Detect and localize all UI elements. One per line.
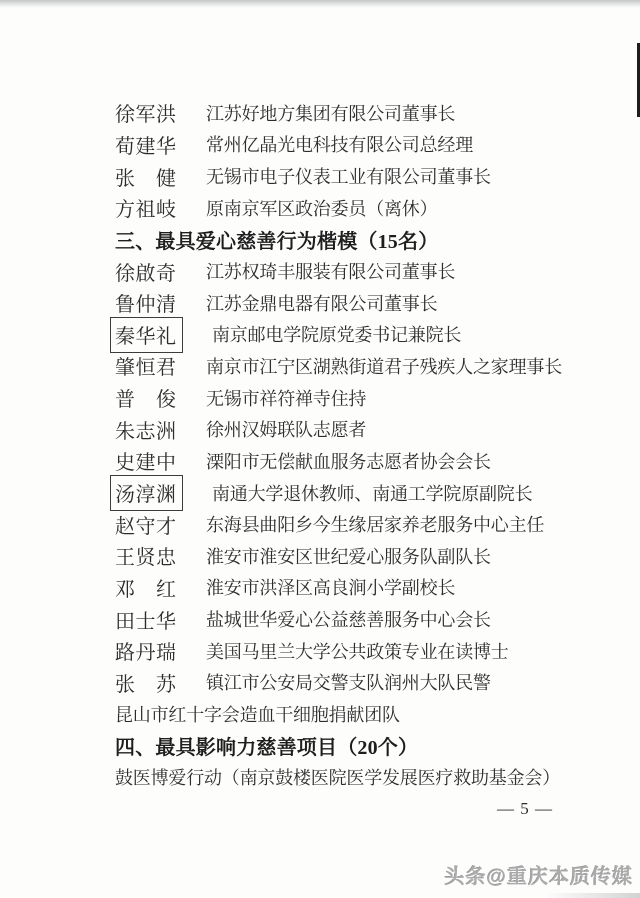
- awardee-title: 盐城世华爱心公益慈善服务中心会长: [206, 606, 491, 632]
- awardee-title: 淮安市洪泽区高良涧小学副校长: [206, 574, 455, 600]
- section-heading-row: 四、最具影响力慈善项目（20个）: [115, 730, 615, 762]
- awardee-name: 史建中: [115, 446, 177, 475]
- award-entry-row: 张 健 无锡市电子仪表工业有限公司董事长: [115, 160, 615, 192]
- full-width-entry-row: 鼓医博爱行动（南京鼓楼医院医学发展医疗救助基金会）: [115, 761, 615, 793]
- document-body: 徐军洪 江苏好地方集团有限公司董事长 荀建华 常州亿晶光电科技有限公司总经理 张…: [115, 97, 615, 825]
- scan-top-edge: [0, 0, 640, 8]
- awardee-title: 江苏金鼎电器有限公司董事长: [206, 290, 437, 316]
- awardee-name: 普 俊: [115, 383, 177, 412]
- award-entry-row: 方祖岐 原南京军区政治委员（离休）: [115, 192, 615, 224]
- awardee-name: 肇恒君: [115, 351, 177, 380]
- awardee-title: 东海县曲阳乡今生缘居家养老服务中心主任: [206, 511, 544, 537]
- award-entry-row: 普 俊 无锡市祥符禅寺住持: [115, 382, 615, 414]
- awardee-name: 邓 红: [115, 573, 177, 602]
- awardee-name: 方祖岐: [115, 193, 177, 222]
- awardee-title: 美国马里兰大学公共政策专业在读博士: [206, 638, 509, 664]
- award-entry-row: 徐军洪 江苏好地方集团有限公司董事长: [115, 97, 615, 129]
- award-entry-row: 徐啟奇 江苏权琦丰服装有限公司董事长: [115, 255, 615, 287]
- awardee-name: 汤淳渊: [110, 475, 183, 511]
- award-entry-row: 路丹瑞 美国马里兰大学公共政策专业在读博士: [115, 635, 615, 667]
- awardee-title: 无锡市祥符禅寺住持: [206, 385, 366, 411]
- award-entry-row: 张 苏 镇江市公安局交警支队润州大队民警: [115, 667, 615, 699]
- awardee-name: 田士华: [115, 605, 177, 634]
- awardee-title: 镇江市公安局交警支队润州大队民警: [206, 669, 491, 695]
- awardee-name: 秦华礼: [110, 317, 183, 353]
- awardee-title: 无锡市电子仪表工业有限公司董事长: [206, 163, 491, 189]
- awardee-title: 江苏好地方集团有限公司董事长: [206, 100, 455, 126]
- scanned-document-page: 徐军洪 江苏好地方集团有限公司董事长 荀建华 常州亿晶光电科技有限公司总经理 张…: [0, 0, 640, 898]
- awardee-name: 徐军洪: [115, 98, 177, 127]
- awardee-name: 王贤忠: [115, 541, 177, 570]
- awardee-name: 张 健: [115, 162, 177, 191]
- award-entry-row: 鲁仲清 江苏金鼎电器有限公司董事长: [115, 287, 615, 319]
- awardee-title: 南京邮电学院原党委书记兼院长: [212, 321, 461, 347]
- awardee-title: 徐州汉姆联队志愿者: [206, 416, 366, 442]
- awardee-name: 张 苏: [115, 668, 177, 697]
- award-entry-row: 秦华礼 南京邮电学院原党委书记兼院长: [115, 318, 615, 350]
- awardee-name: 徐啟奇: [115, 257, 177, 286]
- section-heading: 三、最具爱心慈善行为楷模（15名）: [115, 225, 438, 254]
- full-width-entry-row: 昆山市红十字会造血干细胞捐献团队: [115, 698, 615, 730]
- awardee-name: 鲁仲清: [115, 288, 177, 317]
- scan-corner-smudge: [545, 893, 640, 898]
- awardee-title: 溧阳市无偿献血服务志愿者协会会长: [206, 448, 491, 474]
- award-list: 徐军洪 江苏好地方集团有限公司董事长 荀建华 常州亿晶光电科技有限公司总经理 张…: [115, 97, 615, 793]
- awardee-name: 赵守才: [115, 510, 177, 539]
- awardee-title: 原南京军区政治委员（离休）: [206, 195, 437, 221]
- watermark-text: 头条@重庆本质传媒: [444, 860, 633, 889]
- awardee-title: 南京市江宁区湖熟街道君子残疾人之家理事长: [206, 353, 562, 379]
- awardee-name: 路丹瑞: [115, 636, 177, 665]
- award-entry-row: 荀建华 常州亿晶光电科技有限公司总经理: [115, 129, 615, 161]
- entry-text: 昆山市红十字会造血干细胞捐献团队: [115, 701, 400, 727]
- section-heading-row: 三、最具爱心慈善行为楷模（15名）: [115, 224, 615, 256]
- award-entry-row: 史建中 溧阳市无偿献血服务志愿者协会会长: [115, 445, 615, 477]
- award-entry-row: 王贤忠 淮安市淮安区世纪爱心服务队副队长: [115, 540, 615, 572]
- award-entry-row: 汤淳渊 南通大学退休教师、南通工学院原副院长: [115, 477, 615, 509]
- awardee-name: 荀建华: [115, 130, 177, 159]
- award-entry-row: 邓 红 淮安市洪泽区高良涧小学副校长: [115, 572, 615, 604]
- award-entry-row: 赵守才 东海县曲阳乡今生缘居家养老服务中心主任: [115, 508, 615, 540]
- awardee-title: 淮安市淮安区世纪爱心服务队副队长: [206, 543, 491, 569]
- awardee-title: 南通大学退休教师、南通工学院原副院长: [212, 480, 532, 506]
- awardee-title: 常州亿晶光电科技有限公司总经理: [206, 131, 473, 157]
- award-entry-row: 肇恒君 南京市江宁区湖熟街道君子残疾人之家理事长: [115, 350, 615, 382]
- entry-text: 鼓医博爱行动（南京鼓楼医院医学发展医疗救助基金会）: [115, 764, 560, 790]
- awardee-name: 朱志洲: [115, 415, 177, 444]
- awardee-title: 江苏权琦丰服装有限公司董事长: [206, 258, 455, 284]
- section-heading: 四、最具影响力慈善项目（20个）: [115, 731, 418, 760]
- page-number: — 5 —: [115, 793, 615, 825]
- award-entry-row: 朱志洲 徐州汉姆联队志愿者: [115, 413, 615, 445]
- award-entry-row: 田士华 盐城世华爱心公益慈善服务中心会长: [115, 603, 615, 635]
